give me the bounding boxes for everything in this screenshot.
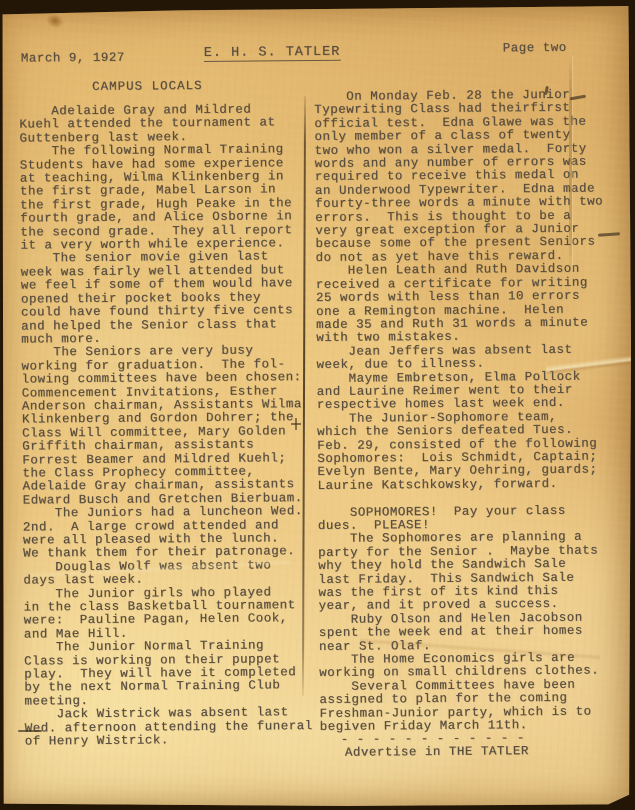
- masthead-title: E. H. S. TATLER: [204, 46, 341, 63]
- issue-date: March 9, 1927: [21, 52, 125, 66]
- vertical-fold-crease-right: [569, 56, 572, 271]
- pencil-mark: [18, 730, 42, 732]
- newsletter-page: March 9, 1927 E. H. S. TATLER Page two C…: [0, 6, 631, 806]
- campus-locals-heading: CAMPUS LOCALS: [92, 80, 203, 94]
- scanned-newsletter-screenshot: { "page": { "date": "March 9, 1927", "ma…: [0, 0, 635, 810]
- pencil-plus-mark: [291, 418, 301, 430]
- page-content: March 9, 1927 E. H. S. TATLER Page two C…: [0, 3, 634, 808]
- page-number: Page two: [503, 42, 567, 56]
- advertise-footer-line: Advertise in THE TATLER: [345, 745, 529, 760]
- left-column-text: Adelaide Gray and Mildred Kuehl attended…: [19, 103, 317, 749]
